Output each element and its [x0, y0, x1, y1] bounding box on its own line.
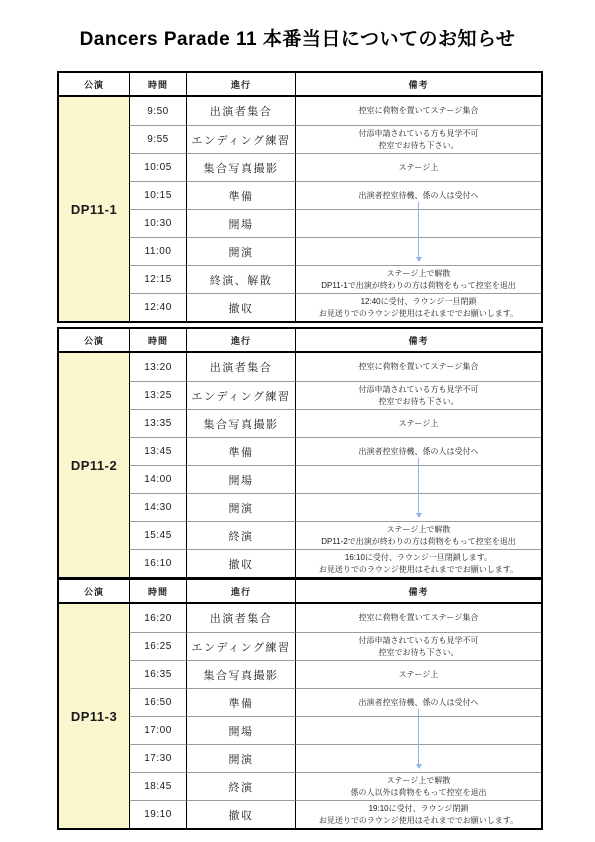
program-cell: 撤収: [186, 800, 295, 828]
program-cell: 開演: [186, 237, 295, 265]
column-header-notes: 備考: [295, 329, 541, 353]
time-cell: 14:00: [129, 465, 186, 493]
program-cell: 出演者集合: [186, 604, 295, 632]
column-header-show: 公演: [59, 73, 129, 97]
page-title: Dancers Parade 11 本番当日についてのお知らせ: [0, 24, 595, 51]
program-cell: 終演: [186, 772, 295, 800]
program-cell: 集合写真撮影: [186, 153, 295, 181]
program-cell: 集合写真撮影: [186, 409, 295, 437]
program-cell: エンディング練習: [186, 381, 295, 409]
column-header-program: 進行: [186, 580, 295, 604]
schedule-table-dp11-3: 公演時間進行備考DP11-316:20出演者集合控室に荷物を置いてステージ集合1…: [57, 578, 543, 830]
time-cell: 11:00: [129, 237, 186, 265]
note-cell: 控室に荷物を置いてステージ集合: [295, 353, 541, 381]
time-cell: 9:55: [129, 125, 186, 153]
note-cell: ステージ上: [295, 409, 541, 437]
time-cell: 12:15: [129, 265, 186, 293]
note-cell: 出演者控室待機、係の人は受付へ: [295, 688, 541, 716]
note-cell: 控室に荷物を置いてステージ集合: [295, 604, 541, 632]
column-header-notes: 備考: [295, 580, 541, 604]
program-cell: 開場: [186, 465, 295, 493]
time-cell: 17:30: [129, 744, 186, 772]
program-cell: 開場: [186, 209, 295, 237]
note-cell: 控室に荷物を置いてステージ集合: [295, 97, 541, 125]
program-cell: 集合写真撮影: [186, 660, 295, 688]
program-cell: 出演者集合: [186, 97, 295, 125]
time-cell: 10:15: [129, 181, 186, 209]
program-cell: エンディング練習: [186, 632, 295, 660]
note-cell: 16:10に受付、ラウンジ一旦閉鎖します。 お見送りでのラウンジ使用はそれまでで…: [295, 549, 541, 577]
program-cell: 準備: [186, 437, 295, 465]
note-cell: ステージ上: [295, 153, 541, 181]
column-header-time: 時間: [129, 73, 186, 97]
program-cell: 出演者集合: [186, 353, 295, 381]
time-cell: 10:05: [129, 153, 186, 181]
note-cell: [295, 744, 541, 772]
column-header-show: 公演: [59, 580, 129, 604]
note-cell: ステージ上で解散 DP11-1で出演が終わりの方は荷物をもって控室を退出: [295, 265, 541, 293]
announcement-document-page: Dancers Parade 11 本番当日についてのお知らせ 公演時間進行備考…: [0, 0, 595, 842]
time-cell: 13:20: [129, 353, 186, 381]
program-cell: 撤収: [186, 549, 295, 577]
column-header-notes: 備考: [295, 73, 541, 97]
note-cell: [295, 465, 541, 493]
schedule-table-dp11-2: 公演時間進行備考DP11-213:20出演者集合控室に荷物を置いてステージ集合1…: [57, 327, 543, 579]
time-cell: 16:25: [129, 632, 186, 660]
note-cell: [295, 716, 541, 744]
note-cell: 19:10に受付、ラウンジ閉鎖 お見送りでのラウンジ使用はそれまででお願いします…: [295, 800, 541, 828]
program-cell: 開演: [186, 493, 295, 521]
time-cell: 17:00: [129, 716, 186, 744]
show-name-label: DP11-3: [59, 604, 129, 828]
show-name-label: DP11-1: [59, 97, 129, 321]
time-cell: 19:10: [129, 800, 186, 828]
note-cell: 付添申請されている方も見学不可 控室でお待ち下さい。: [295, 381, 541, 409]
note-cell: [295, 237, 541, 265]
note-cell: ステージ上: [295, 660, 541, 688]
note-cell: 付添申請されている方も見学不可 控室でお待ち下さい。: [295, 125, 541, 153]
column-header-program: 進行: [186, 73, 295, 97]
time-cell: 16:35: [129, 660, 186, 688]
program-cell: 準備: [186, 181, 295, 209]
time-cell: 18:45: [129, 772, 186, 800]
time-cell: 14:30: [129, 493, 186, 521]
show-name-label: DP11-2: [59, 353, 129, 577]
note-cell: 出演者控室待機、係の人は受付へ: [295, 181, 541, 209]
column-header-show: 公演: [59, 329, 129, 353]
program-cell: 撤収: [186, 293, 295, 321]
time-cell: 16:50: [129, 688, 186, 716]
program-cell: 準備: [186, 688, 295, 716]
time-cell: 13:35: [129, 409, 186, 437]
time-cell: 10:30: [129, 209, 186, 237]
column-header-program: 進行: [186, 329, 295, 353]
time-cell: 9:50: [129, 97, 186, 125]
program-cell: 開演: [186, 744, 295, 772]
time-cell: 13:25: [129, 381, 186, 409]
time-cell: 16:10: [129, 549, 186, 577]
note-cell: [295, 493, 541, 521]
time-cell: 16:20: [129, 604, 186, 632]
note-cell: [295, 209, 541, 237]
program-cell: エンディング練習: [186, 125, 295, 153]
schedule-table-dp11-1: 公演時間進行備考DP11-19:50出演者集合控室に荷物を置いてステージ集合9:…: [57, 71, 543, 323]
note-cell: ステージ上で解散 係の人以外は荷物をもって控室を退出: [295, 772, 541, 800]
time-cell: 15:45: [129, 521, 186, 549]
time-cell: 12:40: [129, 293, 186, 321]
column-header-time: 時間: [129, 580, 186, 604]
column-header-time: 時間: [129, 329, 186, 353]
note-cell: 付添申請されている方も見学不可 控室でお待ち下さい。: [295, 632, 541, 660]
note-cell: 出演者控室待機、係の人は受付へ: [295, 437, 541, 465]
time-cell: 13:45: [129, 437, 186, 465]
program-cell: 開場: [186, 716, 295, 744]
note-cell: 12:40に受付、ラウンジ一旦閉鎖 お見送りでのラウンジ使用はそれまででお願いし…: [295, 293, 541, 321]
program-cell: 終演: [186, 521, 295, 549]
program-cell: 終演、解散: [186, 265, 295, 293]
note-cell: ステージ上で解散 DP11-2で出演が終わりの方は荷物をもって控室を退出: [295, 521, 541, 549]
